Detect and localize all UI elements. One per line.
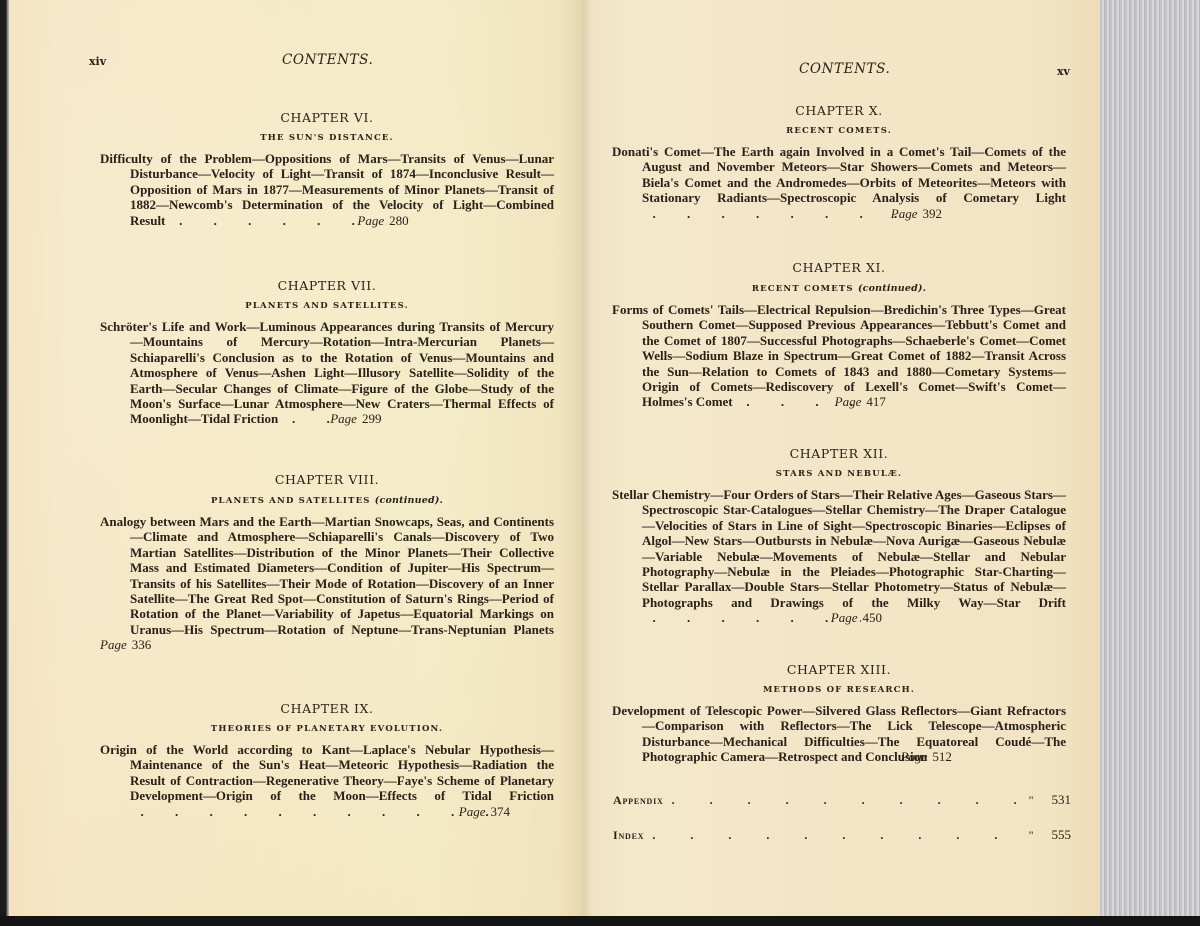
chapter-vi: CHAPTER VI. THE SUN'S DISTANCE. Difficul… — [100, 110, 554, 228]
chapter-summary[interactable]: Development of Telescopic Power—Silvered… — [612, 703, 1066, 765]
chapter-number: CHAPTER VII. — [100, 278, 554, 293]
page-ref: Page280 — [387, 213, 408, 228]
running-head-left: CONTENTS. — [282, 52, 373, 68]
chapter-summary[interactable]: Donati's Comet—The Earth again Involved … — [612, 144, 1066, 221]
leader-dots: . . . . . . . . . . . . . . . . . . . . … — [644, 828, 1028, 843]
index-page: 555 — [1052, 827, 1072, 843]
chapter-number: CHAPTER XI. — [612, 260, 1066, 275]
chapter-number: CHAPTER VIII. — [100, 472, 554, 487]
bottom-shadow — [0, 916, 1200, 926]
chapter-xii: CHAPTER XII. STARS AND NEBULÆ. Stellar C… — [612, 446, 1066, 626]
chapter-ix: CHAPTER IX. THEORIES OF PLANETARY EVOLUT… — [100, 701, 554, 819]
chapter-title: STARS AND NEBULÆ. — [612, 469, 1066, 479]
chapter-title: RECENT COMETS (continued). — [612, 283, 1066, 294]
page-ref: Page417 — [865, 394, 886, 409]
appendix-label: Appendix — [613, 793, 664, 808]
page-number-right: xv — [1057, 65, 1070, 78]
index-label: Index — [613, 828, 644, 843]
leader-dots: . . . . . . . . . . . . . . . . . . . . … — [664, 793, 1029, 808]
running-head-right: CONTENTS. — [799, 61, 890, 77]
chapter-number: CHAPTER X. — [612, 103, 1066, 118]
chapter-vii: CHAPTER VII. PLANETS AND SATELLITES. Sch… — [100, 278, 554, 427]
chapter-viii: CHAPTER VIII. PLANETS AND SATELLITES (co… — [100, 472, 554, 653]
chapter-title: PLANETS AND SATELLITES (continued). — [100, 495, 554, 506]
page-ref: Page450 — [861, 610, 882, 625]
chapter-title: METHODS OF RESEARCH. — [612, 685, 1066, 695]
page-ref: Page392 — [921, 206, 942, 221]
chapter-x: CHAPTER X. RECENT COMETS. Donati's Comet… — [612, 103, 1066, 221]
right-page: CONTENTS. xv CHAPTER X. RECENT COMETS. D… — [582, 0, 1100, 916]
chapter-title: RECENT COMETS. — [612, 126, 1066, 136]
leader-dots: . . . . . . . . . . . . . . . . . . . . … — [642, 206, 921, 221]
chapter-summary[interactable]: Schröter's Life and Work—Luminous Appear… — [100, 319, 554, 427]
chapter-summary[interactable]: Stellar Chemistry—Four Orders of Stars—T… — [612, 487, 1066, 626]
chapter-number: CHAPTER XIII. — [612, 662, 1066, 677]
chapter-summary[interactable]: Forms of Comets' Tails—Electrical Repuls… — [612, 302, 1066, 410]
page-ref: Page336 — [130, 637, 151, 652]
chapter-title: THE SUN'S DISTANCE. — [100, 133, 554, 143]
chapter-summary[interactable]: Analogy between Mars and the Earth—Marti… — [100, 514, 554, 653]
appendix-page: 531 — [1052, 792, 1072, 808]
chapter-title: THEORIES OF PLANETARY EVOLUTION. — [100, 724, 554, 734]
book-spine-edge — [0, 0, 9, 926]
chapter-xi: CHAPTER XI. RECENT COMETS (continued). F… — [612, 260, 1066, 410]
page-ref: Page374 — [489, 804, 510, 819]
leader-dots: . . . . . . . . . . . . . . . . . . . . … — [169, 213, 388, 228]
page-ref: Page512 — [931, 749, 952, 764]
page-number-left: xiv — [89, 55, 106, 68]
chapter-summary[interactable]: Origin of the World according to Kant—La… — [100, 742, 554, 819]
index-entry[interactable]: Index . . . . . . . . . . . . . . . . . … — [613, 827, 1071, 843]
ditto-mark: " — [1029, 793, 1034, 808]
chapter-number: CHAPTER VI. — [100, 110, 554, 125]
chapter-summary[interactable]: Difficulty of the Problem—Oppositions of… — [100, 151, 554, 228]
ditto-mark: " — [1029, 828, 1034, 843]
page-stack-edge — [1100, 0, 1200, 916]
chapter-title: PLANETS AND SATELLITES. — [100, 301, 554, 311]
leader-dots: . . . . . . . . . . . . . . . . . . . . … — [130, 804, 489, 819]
leader-dots: . . . . . . . . . . . . . . . . . . . . … — [642, 610, 861, 625]
left-page: xiv CONTENTS. CHAPTER VI. THE SUN'S DIST… — [9, 0, 582, 916]
chapter-number: CHAPTER IX. — [100, 701, 554, 716]
chapter-xiii: CHAPTER XIII. METHODS OF RESEARCH. Devel… — [612, 662, 1066, 765]
chapter-number: CHAPTER XII. — [612, 446, 1066, 461]
appendix-entry[interactable]: Appendix . . . . . . . . . . . . . . . .… — [613, 792, 1071, 808]
page-ref: Page299 — [360, 411, 381, 426]
